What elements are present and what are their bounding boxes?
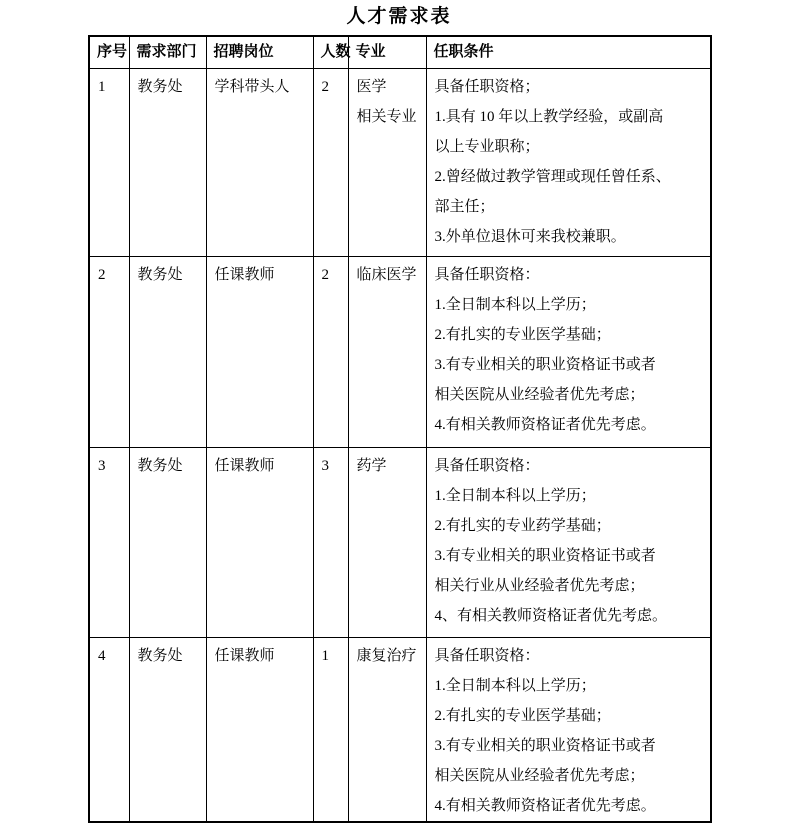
major-line: 药学 — [357, 451, 424, 481]
header-row: 序号 需求部门 招聘岗位 人数 专业 任职条件 — [89, 36, 711, 69]
col-header-major: 专业 — [348, 36, 426, 69]
requirement-line: 具备任职资格： — [435, 451, 709, 481]
cell-count: 2 — [313, 257, 348, 448]
requirement-line: 1.全日制本科以上学历； — [435, 481, 709, 511]
col-header-position: 招聘岗位 — [206, 36, 313, 69]
cell-major: 药学 — [348, 448, 426, 638]
requirement-line: 4.有相关教师资格证者优先考虑。 — [435, 791, 709, 821]
major-line: 临床医学 — [357, 260, 424, 290]
requirement-line: 3.有专业相关的职业资格证书或者 — [435, 731, 709, 761]
table-row: 3 教务处 任课教师 3 药学 具备任职资格： 1.全日制本科以上学历； 2.有… — [89, 448, 711, 638]
requirement-line: 2.有扎实的专业药学基础； — [435, 511, 709, 541]
cell-serial: 4 — [89, 638, 129, 823]
requirement-line: 具备任职资格： — [435, 641, 709, 671]
requirement-line: 1.具有 10 年以上教学经验，或副高 — [435, 102, 709, 132]
col-header-serial: 序号 — [89, 36, 129, 69]
cell-requirements: 具备任职资格： 1.全日制本科以上学历； 2.有扎实的专业药学基础； 3.有专业… — [426, 448, 711, 638]
major-line: 医学 — [357, 72, 424, 102]
requirement-line: 2.有扎实的专业医学基础； — [435, 320, 709, 350]
cell-requirements: 具备任职资格： 1.全日制本科以上学历； 2.有扎实的专业医学基础； 3.有专业… — [426, 257, 711, 448]
cell-requirements: 具备任职资格： 1.全日制本科以上学历； 2.有扎实的专业医学基础； 3.有专业… — [426, 638, 711, 823]
requirement-line: 相关医院从业经验者优先考虑； — [435, 761, 709, 791]
requirement-line: 具备任职资格； — [435, 72, 709, 102]
table-row: 2 教务处 任课教师 2 临床医学 具备任职资格： 1.全日制本科以上学历； 2… — [89, 257, 711, 448]
requirement-line: 部主任； — [435, 192, 709, 222]
cell-position: 任课教师 — [206, 257, 313, 448]
requirement-line: 3.有专业相关的职业资格证书或者 — [435, 541, 709, 571]
col-header-department: 需求部门 — [129, 36, 206, 69]
document-page: 人才需求表 序号 需求部门 招聘岗位 人数 专业 任职条件 1 教务处 — [88, 6, 710, 823]
cell-requirements: 具备任职资格； 1.具有 10 年以上教学经验，或副高 以上专业职称； 2.曾经… — [426, 69, 711, 257]
cell-position: 任课教师 — [206, 448, 313, 638]
cell-department: 教务处 — [129, 257, 206, 448]
requirement-line: 以上专业职称； — [435, 132, 709, 162]
cell-count: 2 — [313, 69, 348, 257]
cell-major: 医学 相关专业 — [348, 69, 426, 257]
cell-count: 1 — [313, 638, 348, 823]
requirement-line: 1.全日制本科以上学历； — [435, 290, 709, 320]
requirement-line: 3.有专业相关的职业资格证书或者 — [435, 350, 709, 380]
talent-demand-table: 序号 需求部门 招聘岗位 人数 专业 任职条件 1 教务处 学科带头人 2 医学… — [88, 35, 712, 823]
cell-department: 教务处 — [129, 448, 206, 638]
col-header-requirements: 任职条件 — [426, 36, 711, 69]
requirement-line: 4、有相关教师资格证者优先考虑。 — [435, 601, 709, 631]
cell-serial: 1 — [89, 69, 129, 257]
requirement-line: 相关行业从业经验者优先考虑； — [435, 571, 709, 601]
requirement-line: 相关医院从业经验者优先考虑； — [435, 380, 709, 410]
cell-serial: 3 — [89, 448, 129, 638]
cell-department: 教务处 — [129, 638, 206, 823]
cell-count: 3 — [313, 448, 348, 638]
cell-position: 任课教师 — [206, 638, 313, 823]
cell-department: 教务处 — [129, 69, 206, 257]
col-header-count: 人数 — [313, 36, 348, 69]
requirement-line: 4.有相关教师资格证者优先考虑。 — [435, 410, 709, 440]
requirement-line: 1.全日制本科以上学历； — [435, 671, 709, 701]
requirement-line: 2.曾经做过教学管理或现任曾任系、 — [435, 162, 709, 192]
requirement-line: 3.外单位退休可来我校兼职。 — [435, 222, 709, 252]
requirement-line: 具备任职资格： — [435, 260, 709, 290]
major-line: 相关专业 — [357, 102, 424, 132]
cell-major: 临床医学 — [348, 257, 426, 448]
requirement-line: 2.有扎实的专业医学基础； — [435, 701, 709, 731]
major-line: 康复治疗 — [357, 641, 424, 671]
table-row: 4 教务处 任课教师 1 康复治疗 具备任职资格： 1.全日制本科以上学历； 2… — [89, 638, 711, 823]
cell-major: 康复治疗 — [348, 638, 426, 823]
cell-serial: 2 — [89, 257, 129, 448]
page-title: 人才需求表 — [88, 6, 710, 28]
table-row: 1 教务处 学科带头人 2 医学 相关专业 具备任职资格； 1.具有 10 年以… — [89, 69, 711, 257]
cell-position: 学科带头人 — [206, 69, 313, 257]
